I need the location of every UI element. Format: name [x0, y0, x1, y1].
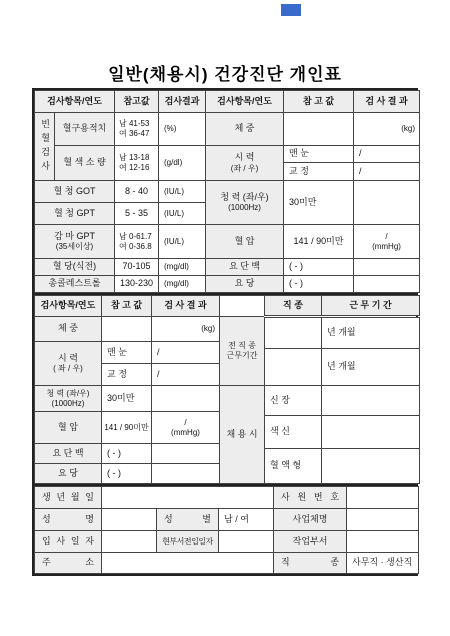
row-blood-sugar: 혈 당(식전) 70-105 (mg/dl): [35, 259, 206, 276]
col-header-item: 검사항목/연도: [35, 91, 115, 113]
ref-value: ( - ): [102, 444, 152, 464]
row-prev-job-1: 전 직 종 근무기간 년 개월: [220, 317, 420, 349]
table-header-row: 검사항목/연도 참 고 값 검 사 결 과: [35, 296, 220, 317]
row-urine-protein: 요 단 백 ( - ): [206, 259, 420, 276]
row-blood-pressure: 혈 압 141 / 90미만 / (mmHg): [206, 225, 420, 259]
row-hearing: 청 력 (좌/우) (1000Hz) 30미만: [206, 181, 420, 225]
section-blood-tests: 검사항목/연도 참고값 검사결과 빈혈검사 혈구용적치 남 41-53 여 36…: [34, 90, 416, 293]
job-value: [265, 317, 322, 349]
col-header-ref: 참 고 값: [284, 91, 354, 113]
sub-label-naked-eye: 맨 눈: [284, 146, 354, 163]
result-unit: (IU/L): [159, 225, 206, 259]
col-header-item: 검사항목/연도: [206, 91, 284, 113]
item-label: 감 마 GPT (35세이상): [35, 225, 115, 259]
gender-value: 남 / 여: [219, 509, 274, 531]
sub-label-corrected: 교 정: [102, 364, 152, 386]
dept-transfer-date-label: 현부서전입일자: [157, 531, 219, 553]
row-blood-pressure: 혈 압 141 / 90미만 / (mmHg): [35, 412, 220, 444]
result-value: [322, 449, 420, 484]
personal-info-table: 생 년 월 일 사 원 번 호 성 명 성 별 남 / 여 사업체명 입 사 일…: [34, 486, 419, 574]
item-label: 혈 압: [35, 412, 102, 444]
row-urine-sugar: 요 당 ( - ): [206, 276, 420, 293]
row-birthdate: 생 년 월 일 사 원 번 호: [35, 487, 419, 509]
item-label: 혈구용적치: [55, 113, 115, 146]
join-date-value: [102, 531, 157, 553]
result-unit: (mg/dl): [159, 276, 206, 293]
ref-value: ( - ): [284, 259, 354, 276]
item-label: 체 중: [35, 317, 102, 342]
result-value: [152, 444, 220, 464]
employee-no-label: 사 원 번 호: [274, 487, 347, 509]
sec2-right-table: 직 종 근 무 기 간 전 직 종 근무기간 년 개월 년 개월 채 용 시: [219, 295, 420, 484]
birthdate-value: [102, 487, 274, 509]
ref-value: 30미만: [284, 181, 354, 225]
work-dept-value: [347, 531, 419, 553]
blank-cell: [220, 296, 265, 317]
period-value: 년 개월: [322, 349, 420, 386]
ref-value: 남 13-18 여 12-16: [115, 146, 159, 181]
ref-value: 30미만: [102, 386, 152, 412]
item-label: 요 단 백: [206, 259, 284, 276]
item-label: 혈 당(식전): [35, 259, 115, 276]
result-unit: (g/dl): [159, 146, 206, 181]
health-exam-form-page: 일반(채용시) 건강진단 개인표 검사항목/연도 참고값 검사결과 빈혈검사 혈…: [0, 0, 450, 636]
col-header-result: 검사결과: [159, 91, 206, 113]
ref-value: 8 - 40: [115, 181, 159, 203]
item-label: 혈 압: [206, 225, 284, 259]
item-label-hearing: 청 력 (좌/우) (1000Hz): [35, 386, 102, 412]
name-label: 성 명: [35, 509, 102, 531]
item-label: 요 당: [206, 276, 284, 293]
result-value: /: [152, 342, 220, 364]
sub-label-corrected: 교 정: [284, 163, 354, 181]
result-value: [152, 464, 220, 484]
col-header-ref: 참고값: [115, 91, 159, 113]
ref-value: 남 0-61.7 여 0-36.8: [115, 225, 159, 259]
result-value: [354, 259, 420, 276]
row-urine-sugar: 요 당 ( - ): [35, 464, 220, 484]
result-unit: (IU/L): [159, 181, 206, 203]
company-label: 사업체명: [274, 509, 347, 531]
col-header-ref: 참 고 값: [102, 296, 152, 317]
row-join-date: 입 사 일 자 현부서전입일자 작업부서: [35, 531, 419, 553]
result-value: /: [354, 146, 420, 163]
result-unit: (kg): [354, 113, 420, 146]
company-value: [347, 509, 419, 531]
row-vision-naked: 시 력 ( 좌 / 우) 맨 눈 /: [35, 342, 220, 364]
col-header-result: 검 사 결 과: [152, 296, 220, 317]
ref-value: 141 / 90미만: [284, 225, 354, 259]
result-unit: (%): [159, 113, 206, 146]
row-gamma-gpt: 감 마 GPT (35세이상) 남 0-61.7 여 0-36.8 (IU/L): [35, 225, 206, 259]
row-weight: 체 중 (kg): [206, 113, 420, 146]
ref-value: 남 41-53 여 36-47: [115, 113, 159, 146]
result-unit: (IU/L): [159, 203, 206, 225]
row-gpt: 혈 청 GPT 5 - 35 (IU/L): [35, 203, 206, 225]
col-header-result: 검 사 결 과: [354, 91, 420, 113]
section-physical-tests: 검사항목/연도 참 고 값 검 사 결 과 체 중 (kg) 시 력 ( 좌 /…: [34, 293, 416, 484]
name-value: [102, 509, 157, 531]
address-value: [102, 553, 274, 574]
sec2-left-table: 검사항목/연도 참 고 값 검 사 결 과 체 중 (kg) 시 력 ( 좌 /…: [34, 295, 220, 484]
birthdate-label: 생 년 월 일: [35, 487, 102, 509]
item-label: 요 단 백: [35, 444, 102, 464]
employee-no-value: [347, 487, 419, 509]
col-header-job: 직 종: [265, 296, 322, 317]
item-label: 요 당: [35, 464, 102, 484]
ref-value: 141 / 90미만: [102, 412, 152, 444]
col-header-work-period: 근 무 기 간: [322, 296, 420, 317]
row-got: 혈 청 GOT 8 - 40 (IU/L): [35, 181, 206, 203]
row-height: 채 용 시 신 장: [220, 386, 420, 416]
row-urine-protein: 요 단 백 ( - ): [35, 444, 220, 464]
row-vision-naked: 시 력 (좌 / 우) 맨 눈 /: [206, 146, 420, 163]
group-label-previous-job-period: 전 직 종 근무기간: [220, 317, 265, 386]
dept-transfer-date-value: [219, 531, 274, 553]
sub-label-naked-eye: 맨 눈: [102, 342, 152, 364]
item-label-vision: 시 력 ( 좌 / 우): [35, 342, 102, 386]
exam-form: 검사항목/연도 참고값 검사결과 빈혈검사 혈구용적치 남 41-53 여 36…: [32, 88, 418, 576]
item-label: 혈 색 소 량: [55, 146, 115, 181]
ref-value: [102, 317, 152, 342]
item-label: 총콜레스트롤: [35, 276, 115, 293]
ref-value: [284, 113, 354, 146]
row-address: 주 소 직 종 사무직 · 생산직: [35, 553, 419, 574]
result-value: [322, 416, 420, 449]
section-personal-info: 생 년 월 일 사 원 번 호 성 명 성 별 남 / 여 사업체명 입 사 일…: [34, 484, 416, 574]
result-value: / (mmHg): [152, 412, 220, 444]
row-hematocrit: 빈혈검사 혈구용적치 남 41-53 여 36-47 (%): [35, 113, 206, 146]
result-unit: (kg): [152, 317, 220, 342]
sec1-left-table: 검사항목/연도 참고값 검사결과 빈혈검사 혈구용적치 남 41-53 여 36…: [34, 90, 206, 293]
col-header-item: 검사항목/연도: [35, 296, 102, 317]
blue-marker: [281, 4, 301, 16]
table-header-row: 검사항목/연도 참 고 값 검 사 결 과: [206, 91, 420, 113]
row-weight: 체 중 (kg): [35, 317, 220, 342]
job-value: [265, 349, 322, 386]
result-value: /: [152, 364, 220, 386]
work-dept-label: 작업부서: [274, 531, 347, 553]
item-label: 혈 청 GPT: [35, 203, 115, 225]
ref-value: 130-230: [115, 276, 159, 293]
result-unit: (mg/dl): [159, 259, 206, 276]
result-value: [152, 386, 220, 412]
item-label: 혈 청 GOT: [35, 181, 115, 203]
row-name: 성 명 성 별 남 / 여 사업체명: [35, 509, 419, 531]
address-label: 주 소: [35, 553, 102, 574]
item-label: 체 중: [206, 113, 284, 146]
item-label-vision: 시 력 (좌 / 우): [206, 146, 284, 181]
group-label-at-hiring: 채 용 시: [220, 386, 265, 484]
result-value: [354, 181, 420, 225]
ref-value: 70-105: [115, 259, 159, 276]
item-label-height: 신 장: [265, 386, 322, 416]
period-value: 년 개월: [322, 317, 420, 349]
table-header-row: 검사항목/연도 참고값 검사결과: [35, 91, 206, 113]
ref-value: ( - ): [284, 276, 354, 293]
row-hearing: 청 력 (좌/우) (1000Hz) 30미만: [35, 386, 220, 412]
item-label-hearing: 청 력 (좌/우) (1000Hz): [206, 181, 284, 225]
row-cholesterol: 총콜레스트롤 130-230 (mg/dl): [35, 276, 206, 293]
page-title: 일반(채용시) 건강진단 개인표: [0, 60, 450, 85]
job-type-value: 사무직 · 생산직: [347, 553, 419, 574]
item-label-color-vision: 색 신: [265, 416, 322, 449]
gender-label: 성 별: [157, 509, 219, 531]
item-label-blood-type: 혈 액 형: [265, 449, 322, 484]
result-value: / (mmHg): [354, 225, 420, 259]
table-header-row: 직 종 근 무 기 간: [220, 296, 420, 317]
join-date-label: 입 사 일 자: [35, 531, 102, 553]
result-value: [354, 276, 420, 293]
group-label-anemia-test: 빈혈검사: [35, 113, 55, 181]
result-value: /: [354, 163, 420, 181]
sec1-right-table: 검사항목/연도 참 고 값 검 사 결 과 체 중 (kg) 시 력 (좌 / …: [205, 90, 420, 293]
ref-value: 5 - 35: [115, 203, 159, 225]
row-hemoglobin: 혈 색 소 량 남 13-18 여 12-16 (g/dl): [35, 146, 206, 181]
job-type-label: 직 종: [274, 553, 347, 574]
ref-value: ( - ): [102, 464, 152, 484]
result-value: [322, 386, 420, 416]
